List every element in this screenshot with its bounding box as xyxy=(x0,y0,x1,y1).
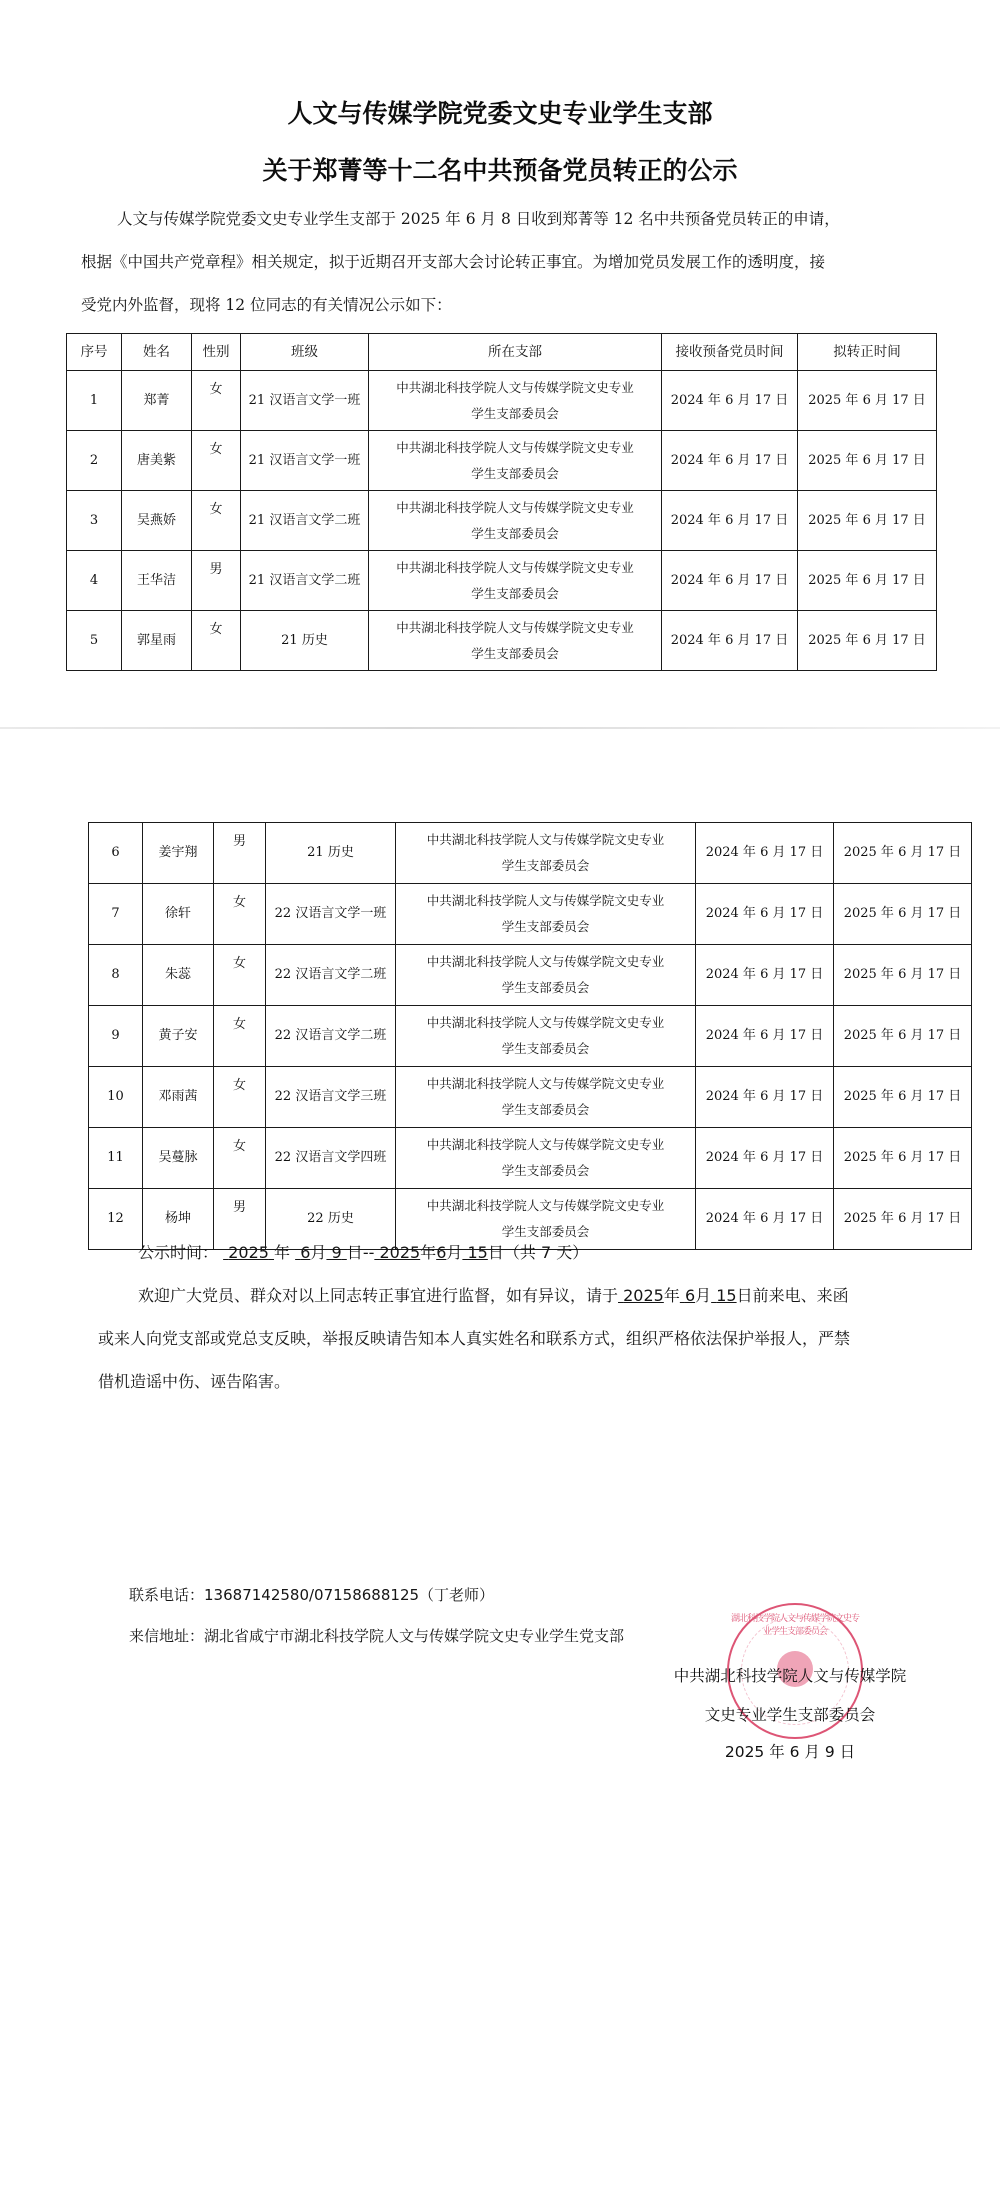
intro-line-1: 人文与传媒学院党委文史专业学生支部于 2025 年 6 月 8 日收到郑菁等 1… xyxy=(117,207,840,229)
intro-line-3: 受党内外监督，现将 12 位同志的有关情况公示如下： xyxy=(81,293,452,315)
members-table-part1: 序号 姓名 性别 班级 所在支部 接收预备党员时间 拟转正时间 1 郑菁 女 2… xyxy=(66,333,937,671)
cell-gender: 女 xyxy=(214,1128,266,1189)
cell-branch: 中共湖北科技学院人文与传媒学院文史专业学生支部委员会 xyxy=(396,1067,696,1128)
notice-period-label: 公示时间： xyxy=(138,1243,218,1262)
cell-name: 姜宇翔 xyxy=(143,823,214,884)
cell-received-date: 2024 年 6 月 17 日 xyxy=(696,884,834,945)
header-class: 班级 xyxy=(241,334,369,371)
feedback-line-1: 欢迎广大党员、群众对以上同志转正事宜进行监督，如有异议，请于 2025年 6月 … xyxy=(138,1283,849,1306)
header-name: 姓名 xyxy=(122,334,192,371)
cell-gender: 女 xyxy=(192,371,241,431)
cell-branch: 中共湖北科技学院人文与传媒学院文史专业学生支部委员会 xyxy=(396,884,696,945)
cell-name: 郭星雨 xyxy=(122,611,192,671)
table-row: 5 郭星雨 女 21 历史 中共湖北科技学院人文与传媒学院文史专业学生支部委员会… xyxy=(67,611,937,671)
header-gender: 性别 xyxy=(192,334,241,371)
cell-name: 邓雨茜 xyxy=(143,1067,214,1128)
table-row: 11 吴蔓脉 女 22 汉语言文学四班 中共湖北科技学院人文与传媒学院文史专业学… xyxy=(89,1128,972,1189)
document-title-line2: 关于郑菁等十二名中共预备党员转正的公示 xyxy=(0,151,1000,187)
cell-received-date: 2024 年 6 月 17 日 xyxy=(696,1006,834,1067)
cell-name: 王华洁 xyxy=(122,551,192,611)
cell-no: 2 xyxy=(67,431,122,491)
cell-no: 10 xyxy=(89,1067,143,1128)
cell-no: 1 xyxy=(67,371,122,431)
cell-received-date: 2024 年 6 月 17 日 xyxy=(696,1128,834,1189)
header-branch: 所在支部 xyxy=(369,334,662,371)
cell-received-date: 2024 年 6 月 17 日 xyxy=(662,491,798,551)
cell-convert-date: 2025 年 6 月 17 日 xyxy=(834,884,972,945)
feedback-line-3: 借机造谣中伤、诬告陷害。 xyxy=(98,1369,290,1392)
cell-no: 9 xyxy=(89,1006,143,1067)
total-days: （共 7 天） xyxy=(504,1243,588,1262)
intro-line-2: 根据《中国共产党章程》相关规定，拟于近期召开支部大会讨论转正事宜。为增加党员发展… xyxy=(81,250,825,272)
notice-period: 公示时间： 2025 年 6月 9 日-- 2025年6月 15日（共 7 天） xyxy=(138,1240,588,1263)
cell-gender: 女 xyxy=(192,491,241,551)
cell-class: 21 汉语言文学二班 xyxy=(241,551,369,611)
deadline-year: 2025 xyxy=(618,1286,664,1305)
cell-branch: 中共湖北科技学院人文与传媒学院文史专业学生支部委员会 xyxy=(396,823,696,884)
deadline-month: 6 xyxy=(680,1286,695,1305)
cell-class: 22 汉语言文学四班 xyxy=(266,1128,396,1189)
cell-convert-date: 2025 年 6 月 17 日 xyxy=(834,945,972,1006)
header-received-date: 接收预备党员时间 xyxy=(662,334,798,371)
cell-gender: 女 xyxy=(192,611,241,671)
feedback-line-2: 或来人向党支部或党总支反映，举报反映请告知本人真实姓名和联系方式，组织严格依法保… xyxy=(98,1326,850,1349)
page-break-line xyxy=(0,727,1000,729)
signature-org-line1: 中共湖北科技学院人文与传媒学院 xyxy=(640,1664,940,1686)
cell-branch: 中共湖北科技学院人文与传媒学院文史专业学生支部委员会 xyxy=(369,611,662,671)
contact-phone: 联系电话：13687142580/07158688125（丁老师） xyxy=(129,1584,494,1605)
phone-value: 13687142580/07158688125（丁老师） xyxy=(204,1586,494,1604)
cell-convert-date: 2025 年 6 月 17 日 xyxy=(798,431,937,491)
cell-convert-date: 2025 年 6 月 17 日 xyxy=(834,1006,972,1067)
table-row: 3 吴燕娇 女 21 汉语言文学二班 中共湖北科技学院人文与传媒学院文史专业学生… xyxy=(67,491,937,551)
cell-gender: 女 xyxy=(192,431,241,491)
cell-branch: 中共湖北科技学院人文与传媒学院文史专业学生支部委员会 xyxy=(396,945,696,1006)
cell-received-date: 2024 年 6 月 17 日 xyxy=(696,823,834,884)
cell-no: 5 xyxy=(67,611,122,671)
address-label: 来信地址： xyxy=(129,1627,204,1645)
cell-name: 吴燕娇 xyxy=(122,491,192,551)
end-month: 6 xyxy=(436,1243,446,1262)
cell-gender: 男 xyxy=(214,823,266,884)
cell-no: 8 xyxy=(89,945,143,1006)
cell-name: 黄子安 xyxy=(143,1006,214,1067)
cell-received-date: 2024 年 6 月 17 日 xyxy=(662,371,798,431)
cell-name: 朱蕊 xyxy=(143,945,214,1006)
cell-class: 21 历史 xyxy=(266,823,396,884)
end-day: 15 xyxy=(462,1243,487,1262)
cell-gender: 女 xyxy=(214,1067,266,1128)
cell-no: 7 xyxy=(89,884,143,945)
start-month: 6 xyxy=(295,1243,310,1262)
cell-received-date: 2024 年 6 月 17 日 xyxy=(662,551,798,611)
cell-received-date: 2024 年 6 月 17 日 xyxy=(662,431,798,491)
members-table-part2: 6 姜宇翔 男 21 历史 中共湖北科技学院人文与传媒学院文史专业学生支部委员会… xyxy=(88,822,972,1250)
cell-convert-date: 2025 年 6 月 17 日 xyxy=(834,1067,972,1128)
cell-name: 徐轩 xyxy=(143,884,214,945)
cell-branch: 中共湖北科技学院人文与传媒学院文史专业学生支部委员会 xyxy=(369,551,662,611)
end-year: 2025 xyxy=(374,1243,420,1262)
start-year: 2025 xyxy=(223,1243,274,1262)
cell-class: 21 汉语言文学一班 xyxy=(241,431,369,491)
cell-received-date: 2024 年 6 月 17 日 xyxy=(696,1067,834,1128)
header-no: 序号 xyxy=(67,334,122,371)
cell-name: 唐美紫 xyxy=(122,431,192,491)
table-row: 7 徐轩 女 22 汉语言文学一班 中共湖北科技学院人文与传媒学院文史专业学生支… xyxy=(89,884,972,945)
cell-no: 3 xyxy=(67,491,122,551)
cell-class: 21 历史 xyxy=(241,611,369,671)
table-row: 10 邓雨茜 女 22 汉语言文学三班 中共湖北科技学院人文与传媒学院文史专业学… xyxy=(89,1067,972,1128)
cell-class: 22 汉语言文学一班 xyxy=(266,884,396,945)
cell-received-date: 2024 年 6 月 17 日 xyxy=(662,611,798,671)
cell-class: 22 汉语言文学二班 xyxy=(266,945,396,1006)
cell-no: 12 xyxy=(89,1189,143,1250)
cell-convert-date: 2025 年 6 月 17 日 xyxy=(834,823,972,884)
cell-class: 21 汉语言文学一班 xyxy=(241,371,369,431)
start-day: 9 xyxy=(326,1243,346,1262)
table-row: 1 郑菁 女 21 汉语言文学一班 中共湖北科技学院人文与传媒学院文史专业学生支… xyxy=(67,371,937,431)
cell-convert-date: 2025 年 6 月 17 日 xyxy=(834,1189,972,1250)
contact-address: 来信地址：湖北省咸宁市湖北科技学院人文与传媒学院文史专业学生党支部 xyxy=(129,1625,624,1646)
cell-convert-date: 2025 年 6 月 17 日 xyxy=(798,611,937,671)
cell-class: 22 汉语言文学三班 xyxy=(266,1067,396,1128)
address-value: 湖北省咸宁市湖北科技学院人文与传媒学院文史专业学生党支部 xyxy=(204,1627,624,1645)
cell-class: 21 汉语言文学二班 xyxy=(241,491,369,551)
cell-branch: 中共湖北科技学院人文与传媒学院文史专业学生支部委员会 xyxy=(369,371,662,431)
document-title-line1: 人文与传媒学院党委文史专业学生支部 xyxy=(0,94,1000,130)
cell-gender: 女 xyxy=(214,884,266,945)
deadline-day: 15 xyxy=(711,1286,736,1305)
cell-convert-date: 2025 年 6 月 17 日 xyxy=(834,1128,972,1189)
table-row: 9 黄子安 女 22 汉语言文学二班 中共湖北科技学院人文与传媒学院文史专业学生… xyxy=(89,1006,972,1067)
cell-no: 11 xyxy=(89,1128,143,1189)
table-row: 8 朱蕊 女 22 汉语言文学二班 中共湖北科技学院人文与传媒学院文史专业学生支… xyxy=(89,945,972,1006)
cell-name: 吴蔓脉 xyxy=(143,1128,214,1189)
cell-received-date: 2024 年 6 月 17 日 xyxy=(696,1189,834,1250)
cell-branch: 中共湖北科技学院人文与传媒学院文史专业学生支部委员会 xyxy=(396,1128,696,1189)
cell-received-date: 2024 年 6 月 17 日 xyxy=(696,945,834,1006)
cell-name: 郑菁 xyxy=(122,371,192,431)
table-row: 6 姜宇翔 男 21 历史 中共湖北科技学院人文与传媒学院文史专业学生支部委员会… xyxy=(89,823,972,884)
cell-convert-date: 2025 年 6 月 17 日 xyxy=(798,491,937,551)
cell-no: 6 xyxy=(89,823,143,884)
cell-class: 22 汉语言文学二班 xyxy=(266,1006,396,1067)
table-row: 4 王华洁 男 21 汉语言文学二班 中共湖北科技学院人文与传媒学院文史专业学生… xyxy=(67,551,937,611)
cell-branch: 中共湖北科技学院人文与传媒学院文史专业学生支部委员会 xyxy=(369,491,662,551)
cell-convert-date: 2025 年 6 月 17 日 xyxy=(798,551,937,611)
signature-date: 2025 年 6 月 9 日 xyxy=(640,1740,940,1762)
cell-gender: 男 xyxy=(192,551,241,611)
table-row: 2 唐美紫 女 21 汉语言文学一班 中共湖北科技学院人文与传媒学院文史专业学生… xyxy=(67,431,937,491)
cell-branch: 中共湖北科技学院人文与传媒学院文史专业学生支部委员会 xyxy=(396,1006,696,1067)
cell-branch: 中共湖北科技学院人文与传媒学院文史专业学生支部委员会 xyxy=(369,431,662,491)
cell-no: 4 xyxy=(67,551,122,611)
table-header-row: 序号 姓名 性别 班级 所在支部 接收预备党员时间 拟转正时间 xyxy=(67,334,937,371)
cell-gender: 女 xyxy=(214,945,266,1006)
signature-org-line2: 文史专业学生支部委员会 xyxy=(640,1703,940,1725)
header-convert-date: 拟转正时间 xyxy=(798,334,937,371)
cell-convert-date: 2025 年 6 月 17 日 xyxy=(798,371,937,431)
phone-label: 联系电话： xyxy=(129,1586,204,1604)
cell-gender: 女 xyxy=(214,1006,266,1067)
